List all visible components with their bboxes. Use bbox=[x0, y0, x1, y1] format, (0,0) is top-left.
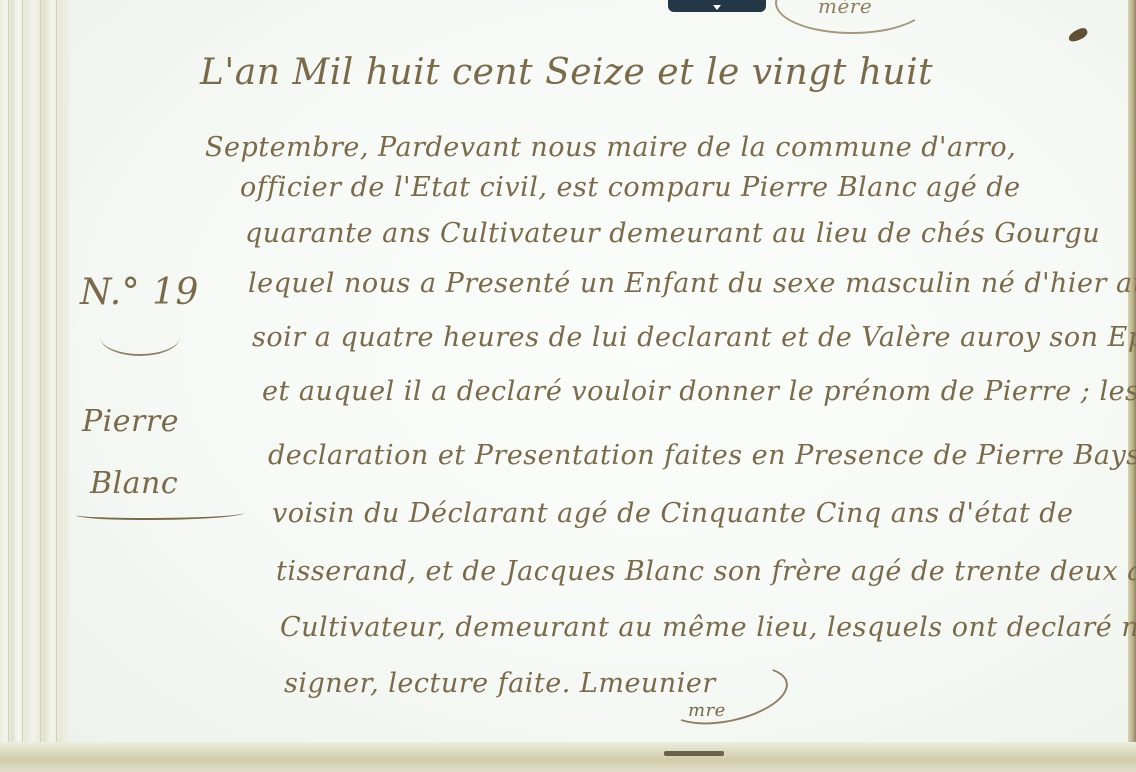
margin-last-name: Blanc bbox=[90, 466, 178, 501]
gutter-divider bbox=[22, 0, 23, 772]
signature-suffix: mre bbox=[688, 700, 726, 721]
gutter-divider bbox=[8, 0, 9, 772]
page-bottom-edge bbox=[0, 742, 1136, 772]
book-binding-gutter bbox=[0, 0, 70, 772]
marginal-top-note: mère bbox=[818, 0, 872, 18]
gutter-divider bbox=[56, 0, 57, 772]
record-line-12: signer, lecture faite. Lmeunier bbox=[284, 668, 716, 699]
image-viewer: mère N.° 19 Pierre Blanc L'an Mil huit c… bbox=[0, 0, 1136, 772]
margin-first-name: Pierre bbox=[82, 404, 179, 439]
toolbar-pulldown-tab[interactable] bbox=[668, 0, 766, 12]
entry-number: N.° 19 bbox=[80, 272, 199, 313]
ink-mark bbox=[664, 751, 724, 756]
record-line-3: officier de l'Etat civil, est comparu Pi… bbox=[240, 172, 1021, 203]
gutter-divider bbox=[40, 0, 41, 772]
record-line-10: tisserand, et de Jacques Blanc son frère… bbox=[276, 556, 1136, 587]
record-line-4: quarante ans Cultivateur demeurant au li… bbox=[245, 218, 1100, 249]
entry-number-flourish bbox=[100, 318, 180, 356]
record-line-7: et auquel il a declaré vouloir donner le… bbox=[262, 376, 1136, 407]
record-line-5: lequel nous a Presenté un Enfant du sexe… bbox=[248, 268, 1136, 299]
record-line-9: voisin du Déclarant agé de Cinquante Cin… bbox=[272, 498, 1074, 529]
record-line-1: L'an Mil huit cent Seize et le vingt hui… bbox=[200, 52, 933, 93]
record-line-8: declaration et Presentation faites en Pr… bbox=[268, 440, 1136, 471]
chevron-down-icon bbox=[713, 5, 721, 10]
record-line-11: Cultivateur, demeurant au même lieu, les… bbox=[280, 612, 1136, 643]
record-line-2: Septembre, Pardevant nous maire de la co… bbox=[205, 132, 1016, 163]
record-line-6: soir a quatre heures de lui declarant et… bbox=[252, 322, 1136, 353]
